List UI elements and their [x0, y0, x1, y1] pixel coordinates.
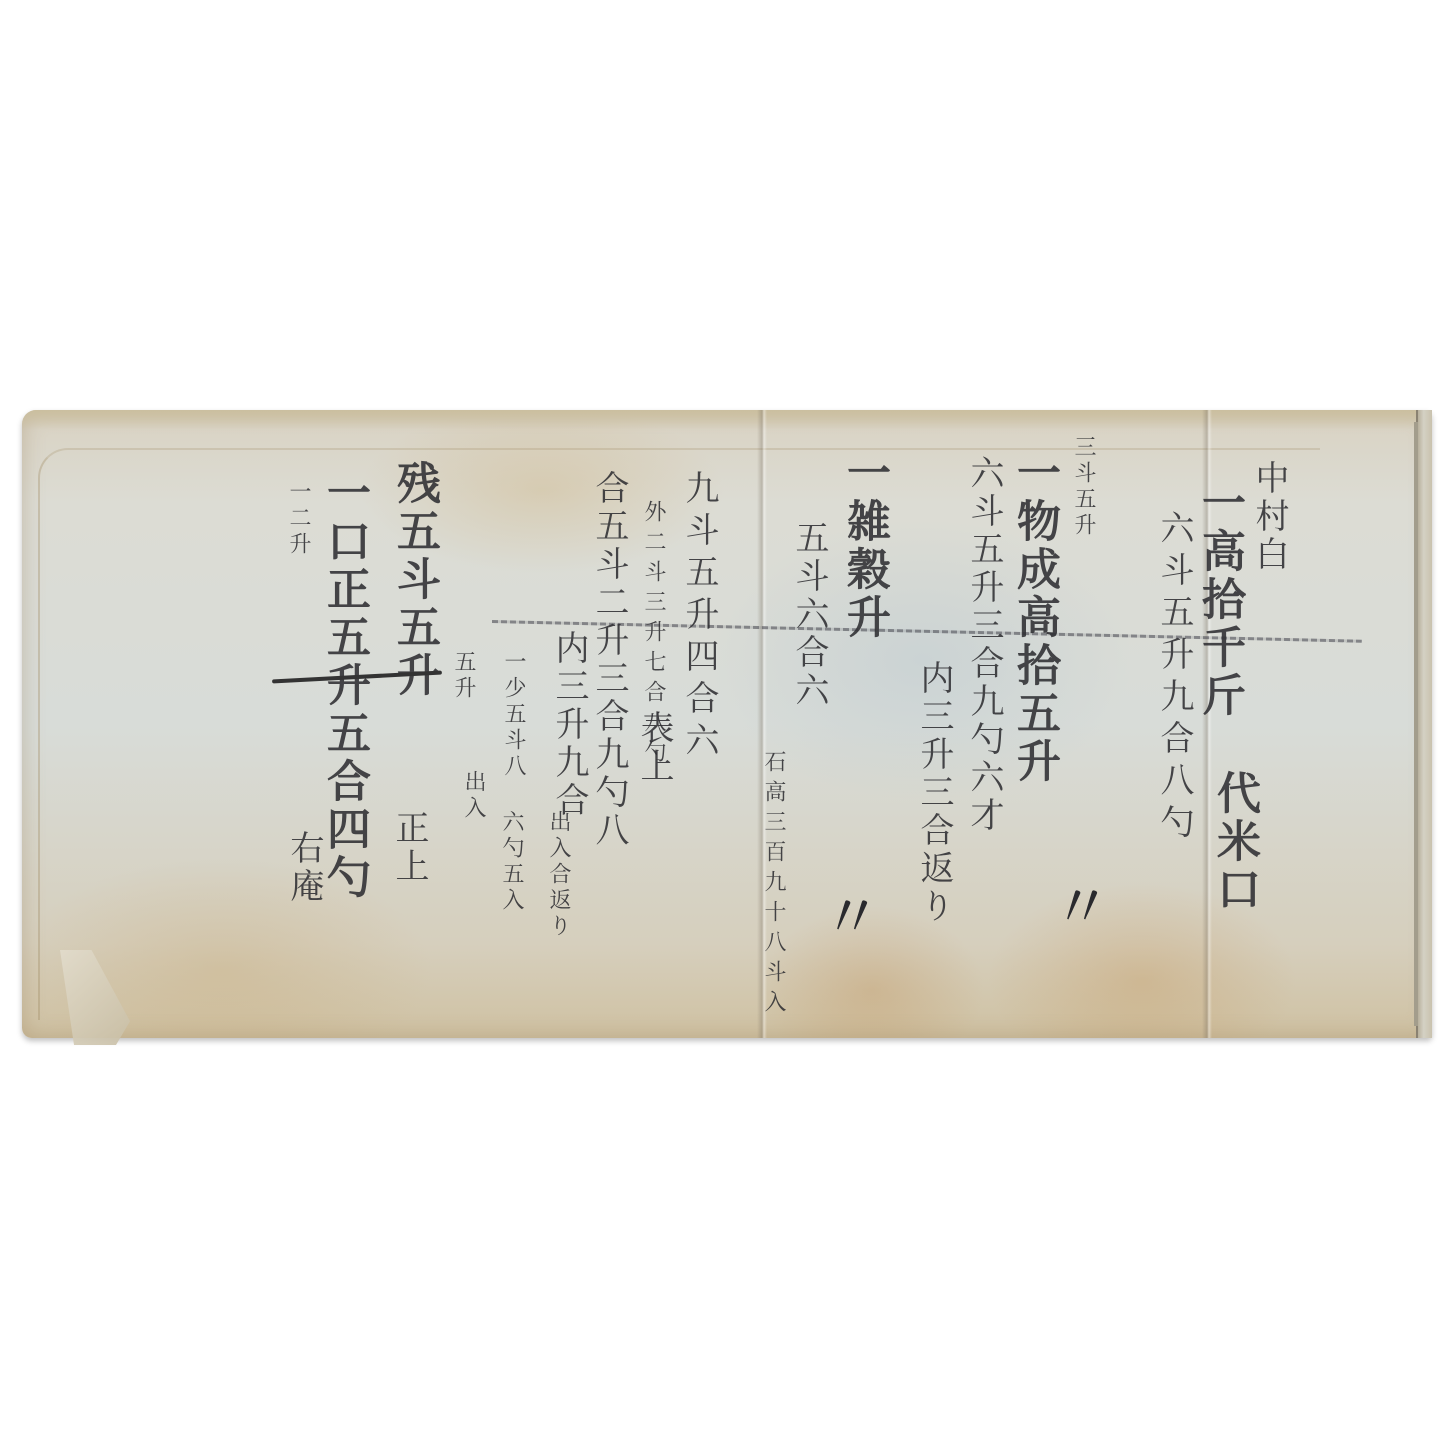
next-page-edge: [1414, 422, 1418, 1026]
text-column: 石高三百九十八斗入: [762, 750, 784, 1020]
text-column: 一口正五升五合四勺: [322, 470, 366, 902]
text-column: 六斗五升九合八勺: [1157, 510, 1191, 846]
text-column: 五斗六合六: [792, 520, 826, 710]
text-column: 出入: [462, 770, 484, 822]
text-column: 内三升三合返り: [917, 660, 951, 926]
text-column: 合五斗二升三合九勺八: [592, 470, 626, 850]
text-column: 六勺五入: [500, 810, 522, 914]
text-column: 九斗五升四合六: [682, 470, 716, 764]
text-column: 残五斗五升: [392, 460, 436, 700]
text-column: 一高拾千斤: [1197, 480, 1241, 720]
text-column: 内三升九合: [552, 630, 586, 820]
document-sheet: 中村白 一高拾千斤 六斗五升九合八勺 代米口 三斗五升 一物成高拾五升 六斗五升…: [22, 410, 1432, 1038]
text-column: 六斗五升三合九勺六才: [967, 455, 1001, 835]
torn-top-edge: [22, 410, 1432, 430]
text-column: 一雑穀升: [842, 450, 886, 642]
text-column: 右庵: [287, 830, 321, 906]
text-column: 一物成高拾五升: [1012, 450, 1056, 786]
text-column: 五升: [452, 650, 474, 702]
ditto-mark: 〃: [822, 870, 882, 956]
page-binding: [1416, 410, 1432, 1038]
text-column: 代米口: [1212, 770, 1256, 914]
ditto-mark: 〃: [1052, 860, 1112, 946]
text-column: 一少五斗八: [502, 650, 524, 780]
text-column: 表上: [637, 710, 671, 786]
text-column: 一二升: [287, 480, 309, 558]
text-column: 正上: [392, 810, 426, 886]
text-column: 中村白: [1252, 460, 1286, 574]
text-column: 出入合返り: [547, 810, 569, 940]
text-column: 三斗五升: [1072, 435, 1094, 539]
